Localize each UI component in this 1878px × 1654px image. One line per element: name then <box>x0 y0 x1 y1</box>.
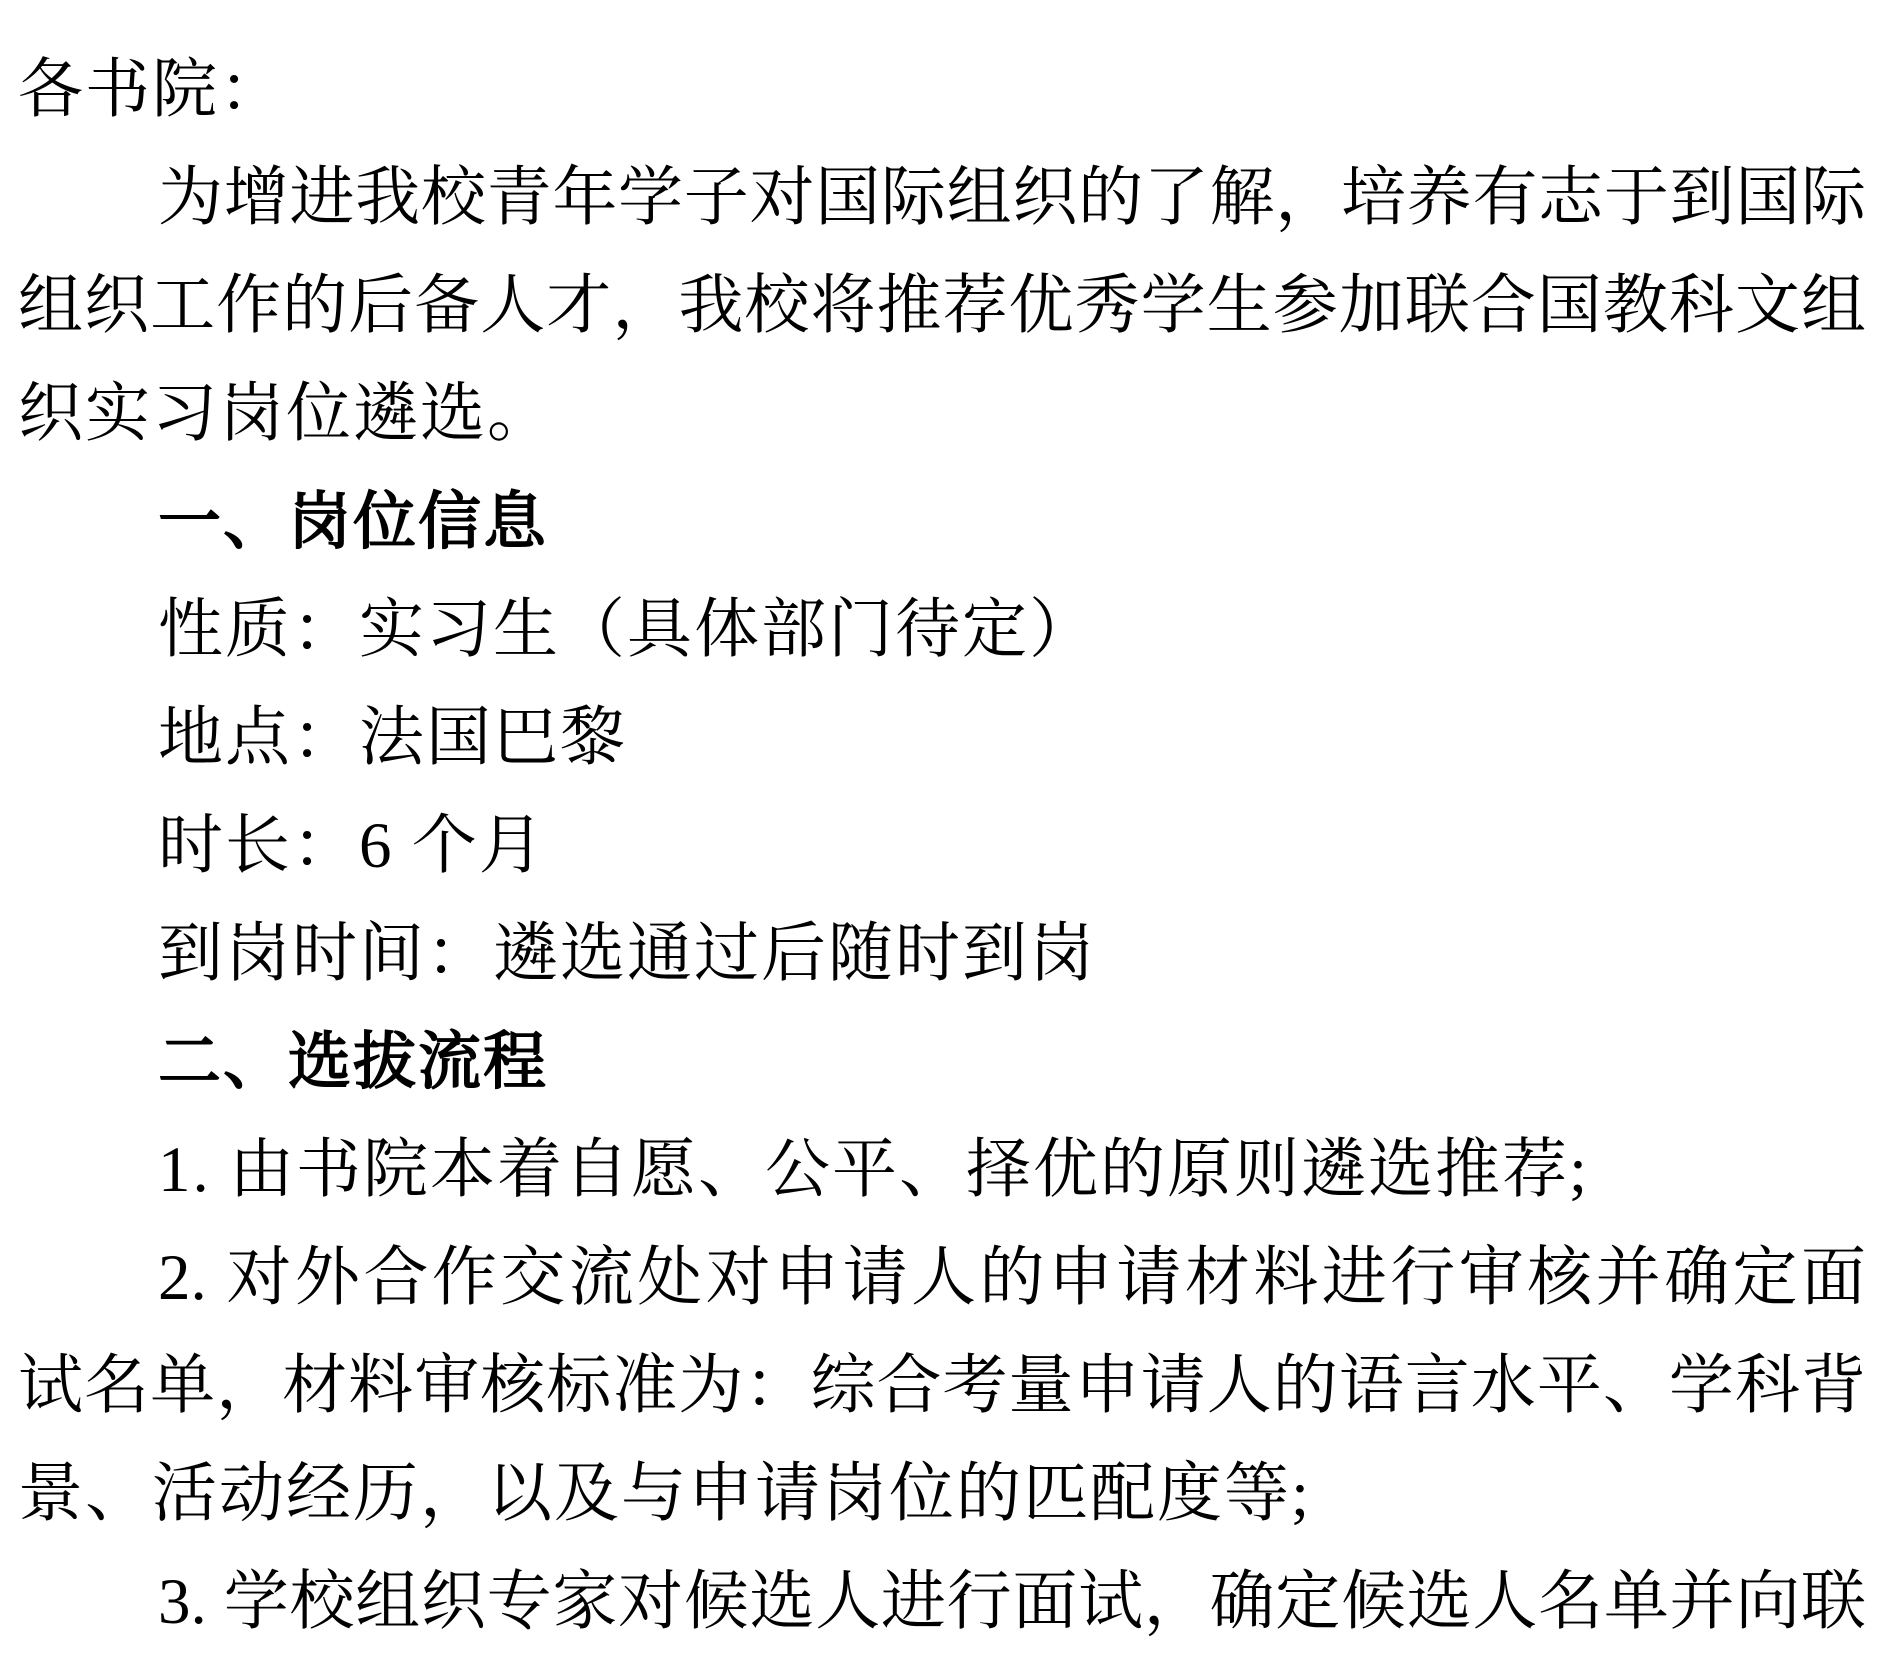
position-duration: 时长：6 个月 <box>18 792 1866 900</box>
process-step-2-line-1: 2. 对外合作交流处对申请人的申请材料进行审核并确定面 <box>18 1224 1866 1332</box>
section-1-heading: 一、岗位信息 <box>18 468 1866 576</box>
process-step-3-line-1: 3. 学校组织专家对候选人进行面试，确定候选人名单并向联 <box>18 1548 1866 1654</box>
position-start-time: 到岗时间：遴选通过后随时到岗 <box>18 900 1866 1008</box>
salutation: 各书院： <box>18 36 1866 144</box>
intro-line-1: 为增进我校青年学子对国际组织的了解，培养有志于到国际 <box>18 144 1866 252</box>
document-body: 各书院：为增进我校青年学子对国际组织的了解，培养有志于到国际组织工作的后备人才，… <box>18 36 1866 1654</box>
process-step-1: 1. 由书院本着自愿、公平、择优的原则遴选推荐; <box>18 1116 1866 1224</box>
process-step-2-line-3: 景、活动经历，以及与申请岗位的匹配度等; <box>18 1440 1866 1548</box>
position-location: 地点：法国巴黎 <box>18 684 1866 792</box>
intro-line-3: 织实习岗位遴选。 <box>18 360 1866 468</box>
intro-line-2: 组织工作的后备人才，我校将推荐优秀学生参加联合国教科文组 <box>18 252 1866 360</box>
process-step-2-line-2: 试名单，材料审核标准为：综合考量申请人的语言水平、学科背 <box>18 1332 1866 1440</box>
document-page: 各书院：为增进我校青年学子对国际组织的了解，培养有志于到国际组织工作的后备人才，… <box>0 0 1878 1654</box>
section-2-heading: 二、选拔流程 <box>18 1008 1866 1116</box>
position-nature: 性质：实习生（具体部门待定） <box>18 576 1866 684</box>
